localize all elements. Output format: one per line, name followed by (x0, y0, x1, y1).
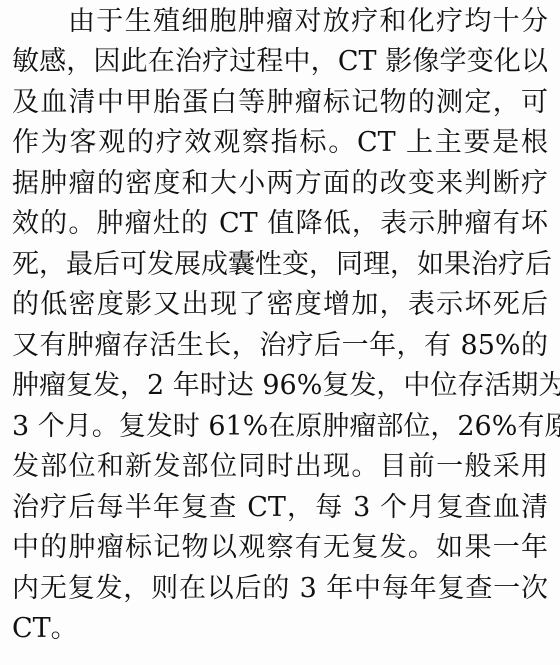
paragraph-line-15: 内无复发，则在以后的 3 年中每年复查一次 (12, 569, 548, 609)
paragraph-line-6: 效的。肿瘤灶的 CT 值降低，表示肿瘤有坏 (12, 204, 548, 244)
paragraph-line-11: 3 个月。复发时 61%在原肿瘤部位，26%有原 (12, 407, 548, 447)
paragraph-line-14: 中的肿瘤标记物以观察有无复发。如果一年 (12, 528, 548, 568)
paragraph-line-12: 发部位和新发部位同时出现。目前一般采用 (12, 447, 548, 487)
paragraph-line-2: 敏感，因此在治疗过程中，CT 影像学变化以 (12, 42, 548, 82)
paragraph-line-7: 死，最后可发展成囊性变，同理，如果治疗后 (12, 245, 548, 285)
paragraph-line-16: CT。 (12, 609, 548, 649)
paragraph-line-13: 治疗后每半年复查 CT，每 3 个月复查血清 (12, 488, 548, 528)
paragraph-line-9: 又有肿瘤存活生长，治疗后一年，有 85%的 (12, 326, 548, 366)
paragraph-line-10: 肿瘤复发，2 年时达 96%复发，中位存活期为 (12, 366, 548, 406)
paragraph-line-5: 据肿瘤的密度和大小两方面的改变来判断疗 (12, 164, 548, 204)
paragraph-line-1: 由于生殖细胞肿瘤对放疗和化疗均十分 (68, 2, 548, 42)
paragraph-line-3: 及血清中甲胎蛋白等肿瘤标记物的测定，可 (12, 83, 548, 123)
paragraph-line-8: 的低密度影又出现了密度增加，表示坏死后 (12, 285, 548, 325)
document-page: 由于生殖细胞肿瘤对放疗和化疗均十分 敏感，因此在治疗过程中，CT 影像学变化以 … (0, 0, 560, 665)
paragraph-line-4: 作为客观的疗效观察指标。CT 上主要是根 (12, 123, 548, 163)
